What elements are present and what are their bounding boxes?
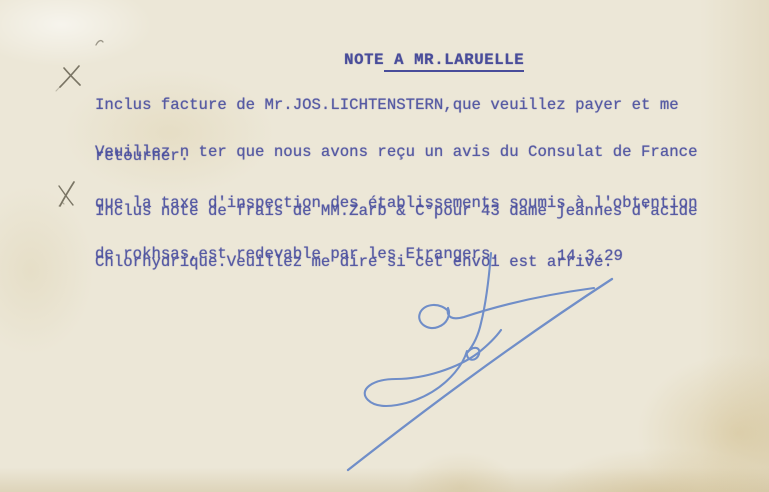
typed-line: Veuillez n ter que nous avons reçu un av…	[95, 145, 698, 160]
paragraph-3: Inclus note de frais de MM.Zarb & C°pour…	[95, 168, 698, 306]
typed-line: Inclus note de frais de MM.Zarb & C°pour…	[95, 204, 698, 219]
date-stamp: 14.3.29	[557, 247, 623, 265]
scanned-memo-screenshot: NOTE A MR.LARUELLE Inclus facture de Mr.…	[0, 0, 769, 492]
